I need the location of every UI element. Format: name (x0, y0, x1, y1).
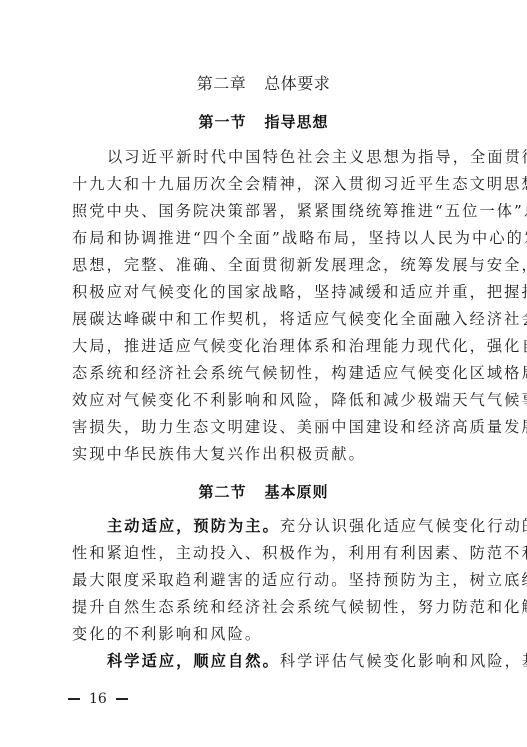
dash-right (116, 698, 128, 699)
page-footer: 16 (68, 691, 128, 707)
paragraph-line: 大局，推进适应气候变化治理体系和治理能力现代化，强化自然生 (72, 333, 460, 360)
chapter-title: 第二章总体要求 (0, 73, 527, 95)
paragraph-line: 科学适应，顺应自然。科学评估气候变化影响和风险，基于经 (72, 648, 460, 675)
paragraph-line: 布局和协调推进“四个全面”战略布局，坚持以人民为中心的发展 (72, 225, 460, 252)
paragraph-line: 态系统和经济社会系统气候韧性，构建适应气候变化区域格局，有 (72, 360, 460, 387)
paragraph-line: 展碳达峰碳中和工作契机，将适应气候变化全面融入经济社会发展 (72, 306, 460, 333)
section-heading-basic-principles: 第二节基本原则 (0, 481, 527, 503)
principle-proactive-adaptation: 主动适应，预防为主。充分认识强化适应气候变化行动的重要 性和紧迫性，主动投入、积… (72, 513, 460, 648)
document-page: 第二章总体要求 第一节指导思想 以习近平新时代中国特色社会主义思想为指导，全面贯… (0, 0, 527, 747)
section-number: 第一节 (198, 113, 246, 131)
paragraph-line: 提升自然生态系统和经济社会系统气候韧性，努力防范和化解气候 (72, 594, 460, 621)
paragraph-line: 实现中华民族伟大复兴作出积极贡献。 (72, 441, 460, 468)
guiding-thought-paragraph: 以习近平新时代中国特色社会主义思想为指导，全面贯彻党的 十九大和十九届历次全会精… (72, 144, 460, 468)
section-number: 第二节 (198, 483, 246, 501)
principle-text: 充分认识强化适应气候变化行动的重要 (280, 517, 527, 535)
paragraph-line: 主动适应，预防为主。充分认识强化适应气候变化行动的重要 (72, 513, 460, 540)
section-title-text: 指导思想 (265, 113, 329, 131)
dash-left (68, 698, 80, 699)
paragraph-line: 变化的不利影响和风险。 (72, 621, 460, 648)
paragraph-line: 思想，完整、准确、全面贯彻新发展理念，统筹发展与安全，实施 (72, 252, 460, 279)
paragraph-line: 效应对气候变化不利影响和风险，降低和减少极端天气气候事件灾 (72, 387, 460, 414)
page-number: 16 (89, 691, 107, 707)
paragraph-line: 以习近平新时代中国特色社会主义思想为指导，全面贯彻党的 (72, 144, 460, 171)
section-heading-guiding-thought: 第一节指导思想 (0, 111, 527, 133)
principle-scientific-adaptation: 科学适应，顺应自然。科学评估气候变化影响和风险，基于经 (72, 648, 460, 675)
paragraph-line: 最大限度采取趋利避害的适应行动。坚持预防为主，树立底线思维， (72, 567, 460, 594)
principle-lead: 科学适应，顺应自然。 (107, 652, 280, 670)
paragraph-line: 照党中央、国务院决策部署，紧紧围绕统筹推进“五位一体”总体 (72, 198, 460, 225)
paragraph-line: 十九大和十九届历次全会精神，深入贯彻习近平生态文明思想，按 (72, 171, 460, 198)
principle-lead: 主动适应，预防为主。 (107, 517, 280, 535)
chapter-title-text: 总体要求 (264, 74, 330, 93)
principle-text: 科学评估气候变化影响和风险，基于经 (280, 652, 527, 670)
section-title-text: 基本原则 (265, 483, 329, 501)
paragraph-line: 害损失，助力生态文明建设、美丽中国建设和经济高质量发展，为 (72, 414, 460, 441)
chapter-number: 第二章 (197, 74, 247, 93)
paragraph-line: 性和紧迫性，主动投入、积极作为，利用有利因素、防范不利因素， (72, 540, 460, 567)
paragraph-line: 积极应对气候变化的国家战略，坚持减缓和适应并重，把握扎实开 (72, 279, 460, 306)
